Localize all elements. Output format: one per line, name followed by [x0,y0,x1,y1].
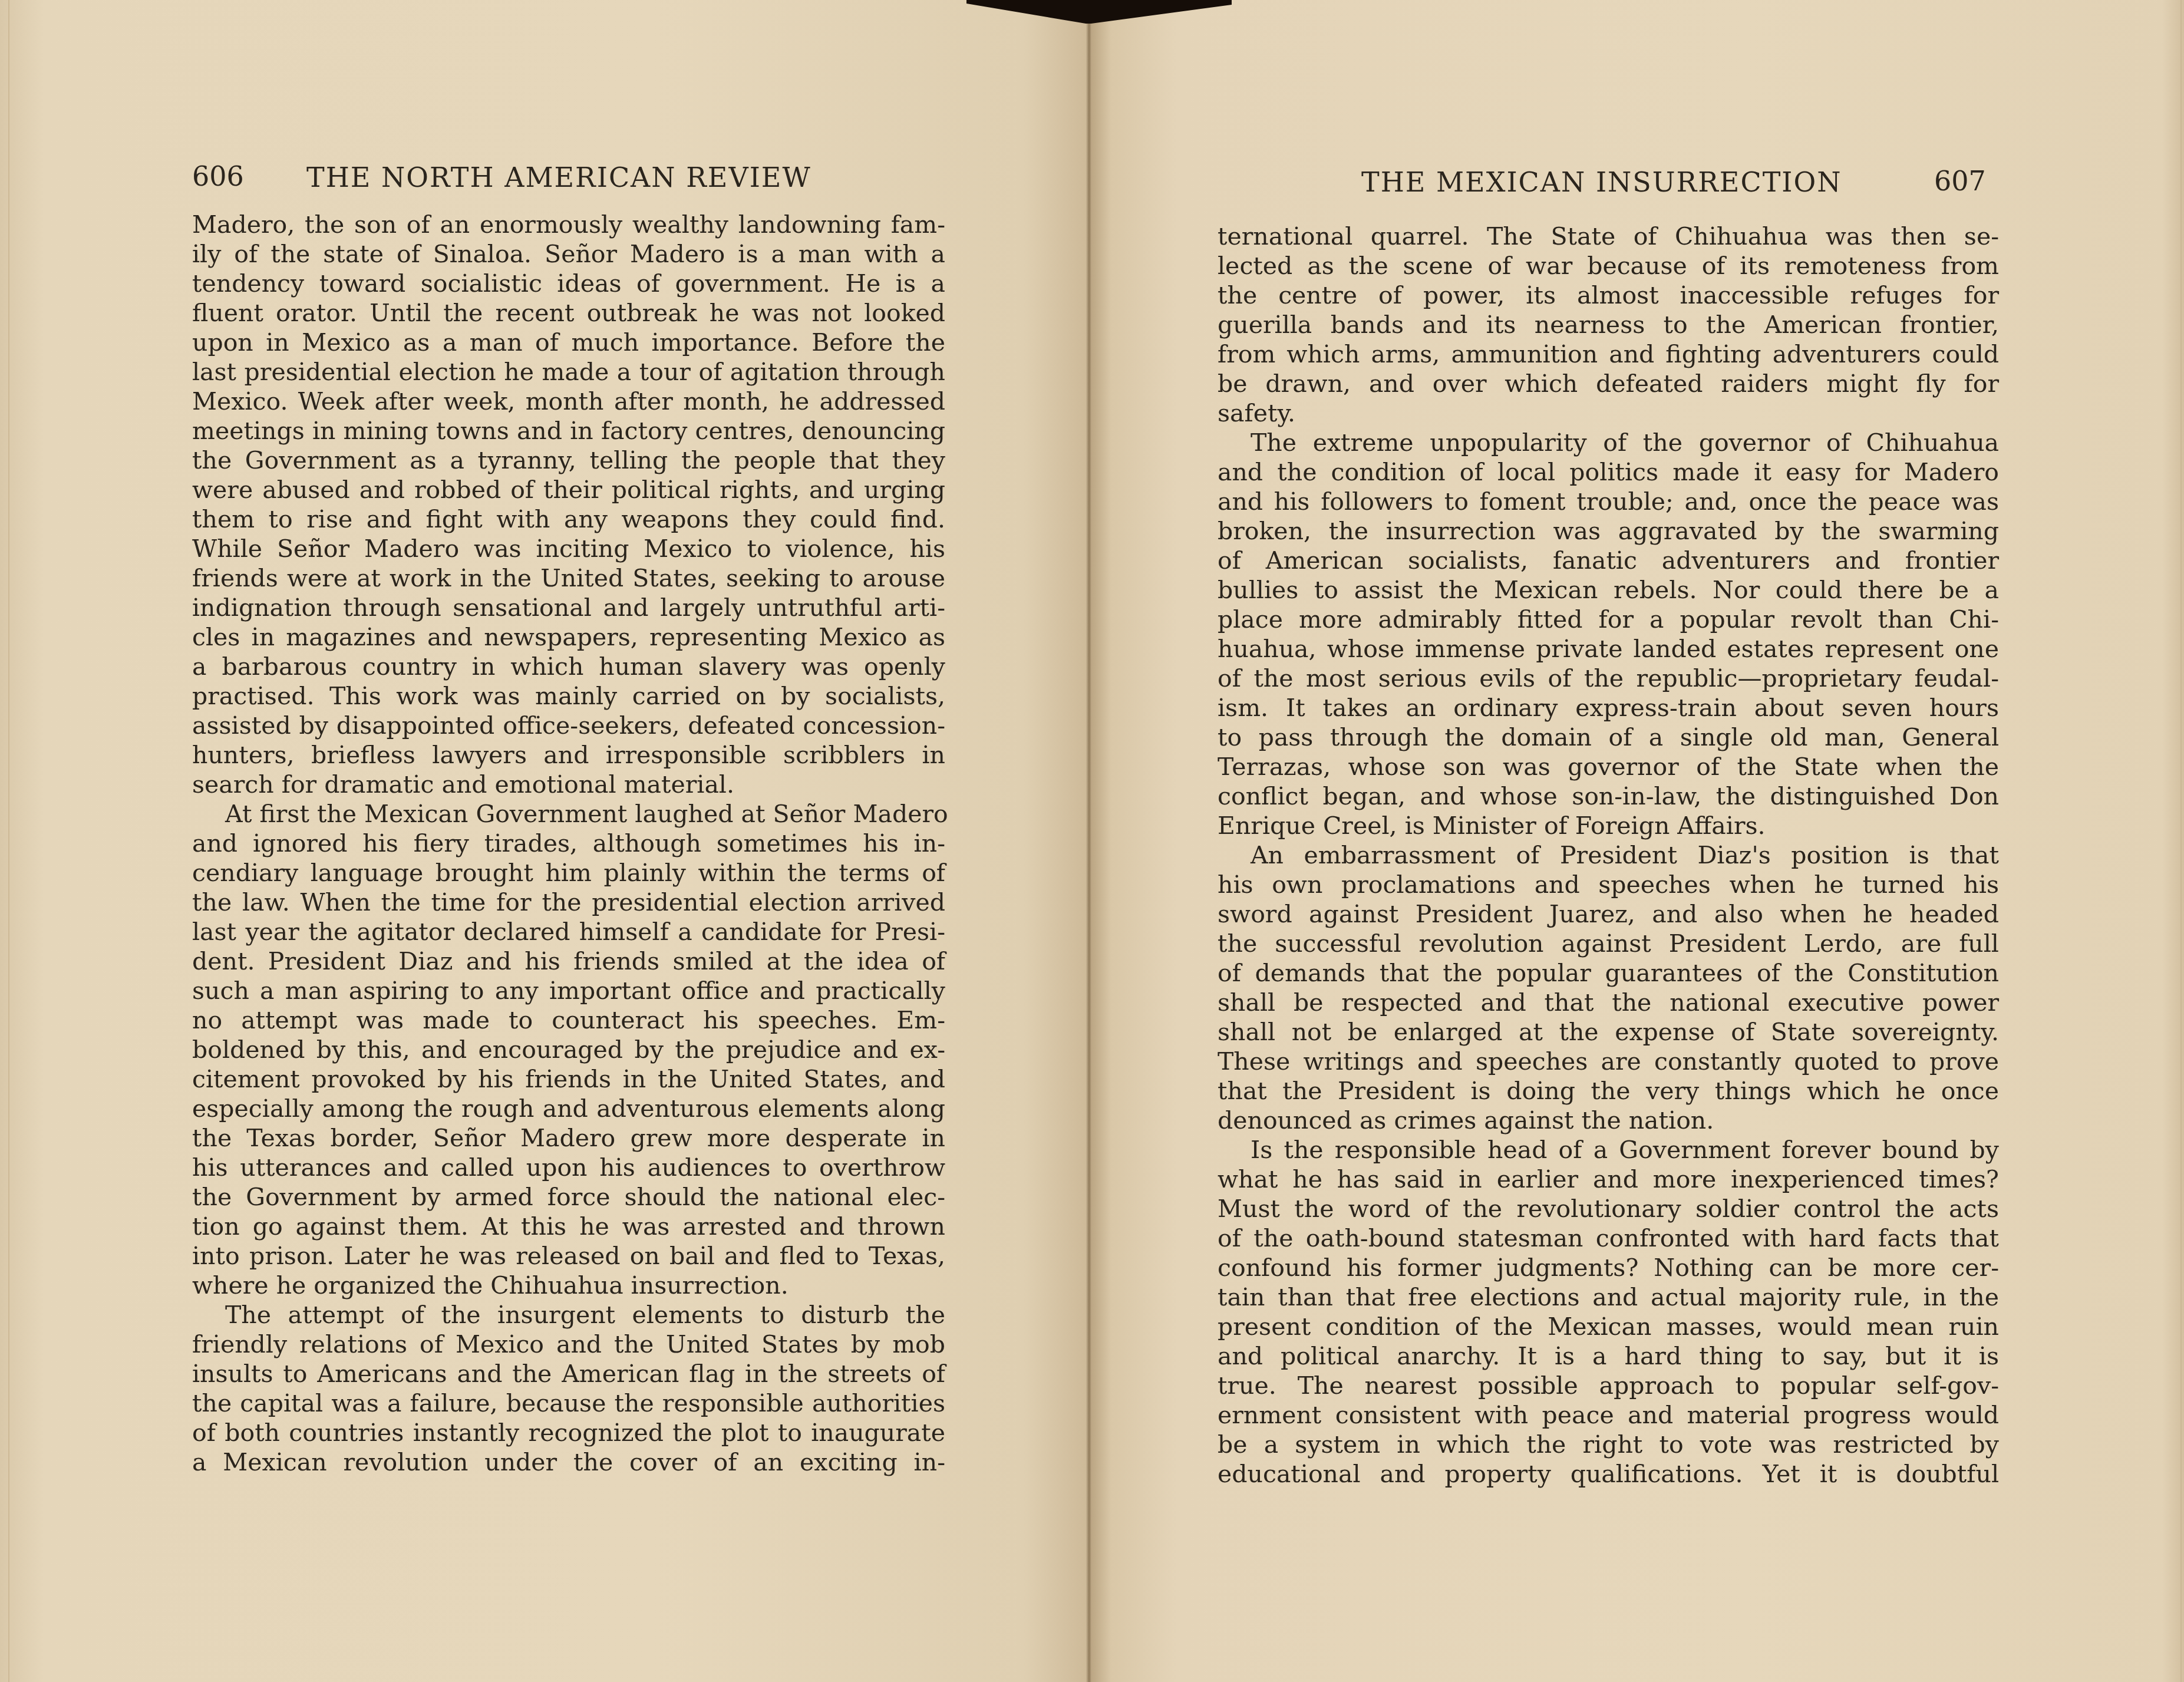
text-line: the law. When the time for the president… [192,888,945,917]
text-line: and the condition of local politics made… [1218,457,1999,487]
text-line: tendency toward socialistic ideas of gov… [192,269,945,298]
text-line: where he organized the Chihuahua insurre… [192,1271,945,1300]
text-line: sword against President Juarez, and also… [1218,899,1999,929]
text-line: the Government as a tyranny, telling the… [192,446,945,475]
page-number-left: 606 [192,160,244,192]
book-spread: 606 THE NORTH AMERICAN REVIEW THE MEXICA… [0,0,2184,1682]
text-line: present condition of the Mexican masses,… [1218,1312,1999,1341]
text-line: tion go against them. At this he was arr… [192,1212,945,1241]
page-number-right: 607 [1934,165,1986,197]
text-line: Must the word of the revolutionary soldi… [1218,1194,1999,1223]
text-line: ily of the state of Sinaloa. Señor Mader… [192,239,945,269]
text-line: The attempt of the insurgent elements to… [192,1300,945,1330]
text-line: to pass through the domain of a single o… [1218,723,1999,752]
text-line: no attempt was made to counteract his sp… [192,1005,945,1035]
text-line: friends were at work in the United State… [192,563,945,593]
text-line: Is the responsible head of a Government … [1218,1135,1999,1165]
text-line: hunters, briefless lawyers and irrespons… [192,740,945,770]
text-line: guerilla bands and its nearness to the A… [1218,310,1999,339]
book-gutter [1086,18,1092,1682]
text-line: The extreme unpopularity of the governor… [1218,428,1999,457]
text-line: the centre of power, its almost inaccess… [1218,281,1999,310]
text-line: of American socialists, fanatic adventur… [1218,546,1999,575]
text-line: that the President is doing the very thi… [1218,1076,1999,1106]
text-line: huahua, whose immense private landed est… [1218,634,1999,664]
running-head-left: THE NORTH AMERICAN REVIEW [306,161,811,193]
text-line: safety. [1218,398,1999,428]
text-line: conflict began, and whose son-in-law, th… [1218,781,1999,811]
text-line: citement provoked by his friends in the … [192,1064,945,1094]
text-line: broken, the insurrection was aggravated … [1218,516,1999,546]
text-line: shall be respected and that the national… [1218,988,1999,1017]
text-line: While Señor Madero was inciting Mexico t… [192,534,945,563]
text-line: the Texas border, Señor Madero grew more… [192,1123,945,1153]
text-line: and ignored his fiery tirades, although … [192,829,945,858]
text-line: These writings and speeches are constant… [1218,1047,1999,1076]
text-line: meetings in mining towns and in factory … [192,416,945,446]
text-line: Enrique Creel, is Minister of Foreign Af… [1218,811,1999,840]
text-line: Mexico. Week after week, month after mon… [192,387,945,416]
text-line: what he has said in earlier and more ine… [1218,1165,1999,1194]
text-line: especially among the rough and adventuro… [192,1094,945,1123]
text-line: were abused and robbed of their politica… [192,475,945,504]
text-line: Madero, the son of an enormously wealthy… [192,210,945,239]
text-line: of the oath-bound statesman confronted w… [1218,1223,1999,1253]
page-edge-right [2180,0,2182,1682]
text-line: search for dramatic and emotional materi… [192,770,945,799]
text-line: denounced as crimes against the nation. [1218,1106,1999,1135]
text-line: the capital was a failure, because the r… [192,1389,945,1418]
text-line: bullies to assist the Mexican rebels. No… [1218,575,1999,605]
text-line: of the most serious evils of the republi… [1218,664,1999,693]
text-line: ism. It takes an ordinary express-train … [1218,693,1999,723]
text-line: true. The nearest possible approach to p… [1218,1371,1999,1400]
right-page-body: ternational quarrel. The State of Chihua… [1218,222,1999,1489]
text-line: last presidential election he made a tou… [192,357,945,387]
text-line: educational and property qualifications.… [1218,1459,1999,1489]
text-line: the successful revolution against Presid… [1218,929,1999,958]
text-line: practised. This work was mainly carried … [192,681,945,711]
text-line: a barbarous country in which human slave… [192,652,945,681]
text-line: and political anarchy. It is a hard thin… [1218,1341,1999,1371]
text-line: indignation through sensational and larg… [192,593,945,622]
text-line: Terrazas, whose son was governor of the … [1218,752,1999,781]
text-line: friendly relations of Mexico and the Uni… [192,1330,945,1359]
text-line: confound his former judgments? Nothing c… [1218,1253,1999,1282]
text-line: boldened by this, and encouraged by the … [192,1035,945,1064]
text-line: dent. President Diaz and his friends smi… [192,946,945,976]
text-line: assisted by disappointed office-seekers,… [192,711,945,740]
text-line: of both countries instantly recognized t… [192,1418,945,1447]
text-line: last year the agitator declared himself … [192,917,945,946]
text-line: fluent orator. Until the recent outbreak… [192,298,945,328]
left-page-body: Madero, the son of an enormously wealthy… [192,210,945,1477]
text-line: cendiary language brought him plainly wi… [192,858,945,888]
text-line: be a system in which the right to vote w… [1218,1430,1999,1459]
text-line: shall not be enlarged at the expense of … [1218,1017,1999,1047]
text-line: the Government by armed force should the… [192,1182,945,1212]
running-head-right: THE MEXICAN INSURRECTION [1361,166,1842,198]
text-line: ernment consistent with peace and materi… [1218,1400,1999,1430]
text-line: insults to Americans and the American fl… [192,1359,945,1389]
text-line: cles in magazines and newspapers, repres… [192,622,945,652]
text-line: and his followers to foment trouble; and… [1218,487,1999,516]
text-line: of demands that the popular guarantees o… [1218,958,1999,988]
text-line: upon in Mexico as a man of much importan… [192,328,945,357]
text-line: a Mexican revolution under the cover of … [192,1447,945,1477]
text-line: place more admirably fitted for a popula… [1218,605,1999,634]
page-edge-left [8,0,9,1682]
text-line: them to rise and fight with any weapons … [192,504,945,534]
text-line: tain than that free elections and actual… [1218,1282,1999,1312]
text-line: lected as the scene of war because of it… [1218,251,1999,281]
text-line: such a man aspiring to any important off… [192,976,945,1005]
text-line: from which arms, ammunition and fighting… [1218,339,1999,369]
text-line: be drawn, and over which defeated raider… [1218,369,1999,398]
text-line: An embarrassment of President Diaz's pos… [1218,840,1999,870]
text-line: into prison. Later he was released on ba… [192,1241,945,1271]
text-line: At first the Mexican Government laughed … [192,799,945,829]
text-line: his utterances and called upon his audie… [192,1153,945,1182]
text-line: ternational quarrel. The State of Chihua… [1218,222,1999,251]
text-line: his own proclamations and speeches when … [1218,870,1999,899]
